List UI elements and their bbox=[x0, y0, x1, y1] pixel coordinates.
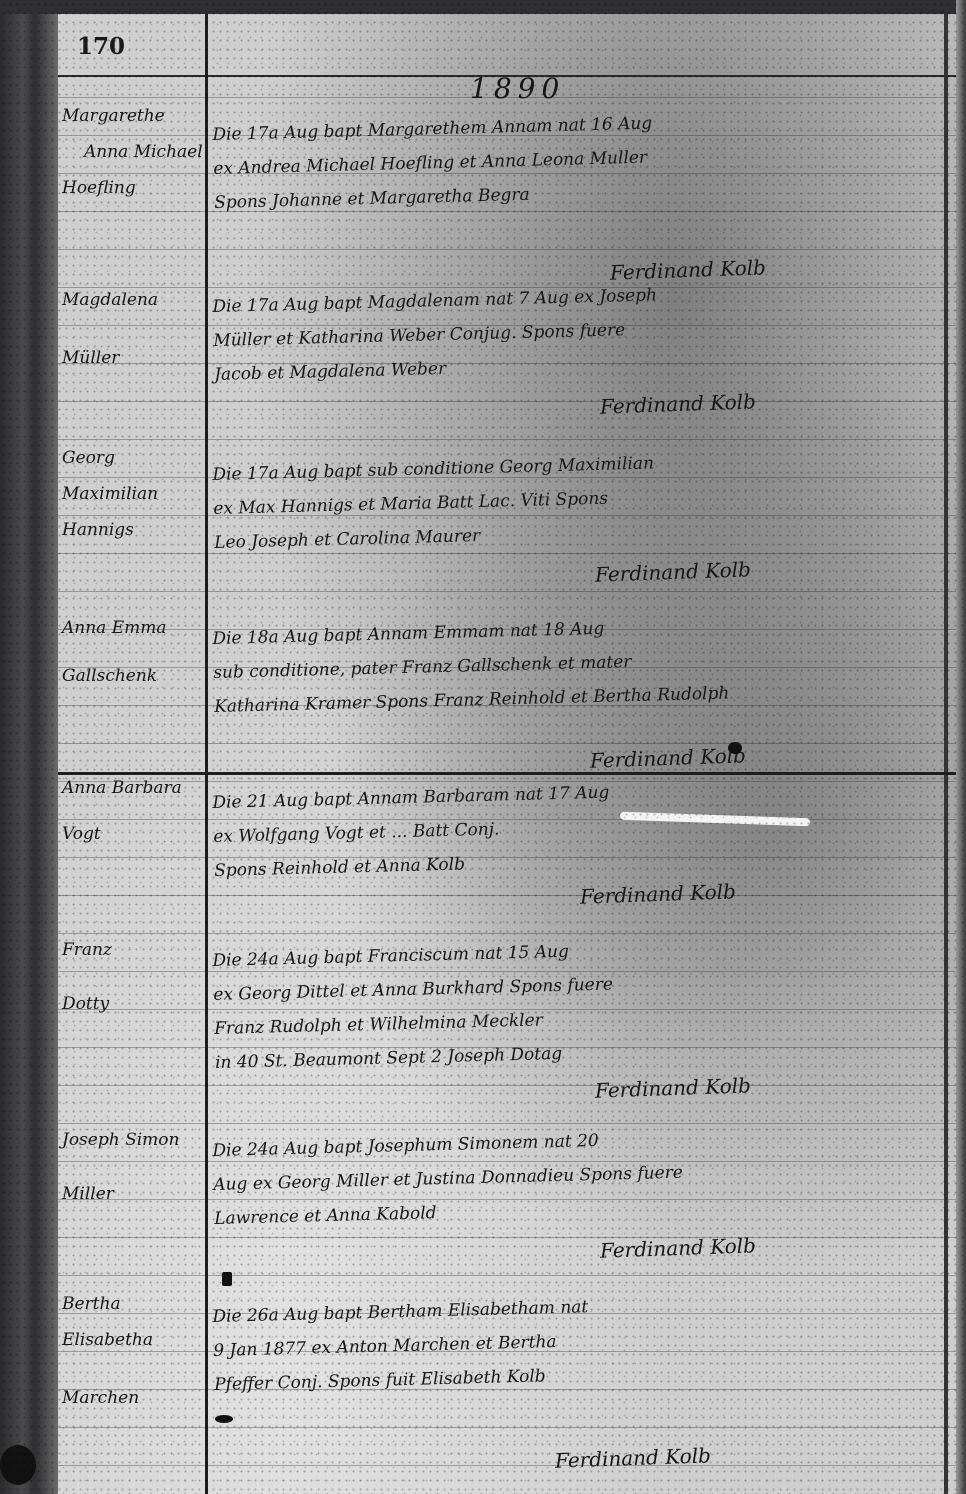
page-number: 170 bbox=[77, 33, 125, 60]
entry-7-name: Joseph Simon Miller bbox=[62, 1122, 204, 1212]
name-line: Joseph Simon bbox=[62, 1122, 204, 1158]
name-line: Georg bbox=[62, 440, 204, 476]
ink-blot bbox=[222, 1272, 232, 1286]
name-line: Maximilian bbox=[62, 476, 204, 512]
name-line: Gallschenk bbox=[62, 658, 204, 694]
entry-2-name: Magdalena Müller bbox=[62, 282, 204, 376]
name-line: Miller bbox=[62, 1176, 204, 1212]
entry-6-record: Die 24a Aug bapt Franciscum nat 15 Aug e… bbox=[212, 926, 915, 1080]
entry-6-name: Franz Dotty bbox=[62, 932, 204, 1022]
name-line: Hannigs bbox=[62, 512, 204, 548]
entry-3-record: Die 17a Aug bapt sub conditione Georg Ma… bbox=[212, 440, 914, 560]
book-binding-edge bbox=[0, 0, 58, 1494]
entry-8-record: Die 26a Aug bapt Bertham Elisabetham nat… bbox=[212, 1282, 914, 1402]
scanned-register-page: 170 1890 Margarethe Anna Michael Hoeflin… bbox=[0, 0, 966, 1494]
page-right-edge bbox=[956, 0, 966, 1494]
name-line: Vogt bbox=[62, 816, 204, 852]
name-line: Franz bbox=[62, 932, 204, 968]
name-line: Anna Barbara bbox=[62, 770, 204, 806]
name-line: Bertha bbox=[62, 1286, 204, 1322]
entry-1-record: Die 17a Aug bapt Margarethem Annam nat 1… bbox=[212, 100, 914, 220]
entry-2-record: Die 17a Aug bapt Magdalenam nat 7 Aug ex… bbox=[212, 272, 914, 392]
ink-blot bbox=[728, 742, 742, 754]
entry-5-record: Die 21 Aug bapt Annam Barbaram nat 17 Au… bbox=[212, 768, 914, 888]
name-line: Dotty bbox=[62, 986, 204, 1022]
name-line: Anna Michael bbox=[62, 134, 204, 170]
entry-8-name: Bertha Elisabetha Marchen bbox=[62, 1286, 204, 1416]
register-year: 1890 bbox=[470, 72, 565, 105]
entry-4-record: Die 18a Aug bapt Annam Emmam nat 18 Aug … bbox=[212, 604, 914, 724]
entry-5-name: Anna Barbara Vogt bbox=[62, 770, 204, 852]
entry-7-record: Die 24a Aug bapt Josephum Simonem nat 20… bbox=[212, 1116, 914, 1236]
name-line: Elisabetha bbox=[62, 1322, 204, 1358]
name-line: Hoefling bbox=[62, 170, 204, 206]
name-column-divider bbox=[205, 14, 208, 1494]
name-line: Anna Emma bbox=[62, 610, 204, 646]
binding-hole bbox=[0, 1445, 36, 1485]
right-margin-rule bbox=[944, 14, 948, 1494]
name-line: Müller bbox=[62, 340, 204, 376]
page-top-edge bbox=[0, 0, 966, 14]
ink-blot bbox=[215, 1415, 233, 1423]
entry-3-name: Georg Maximilian Hannigs bbox=[62, 440, 204, 548]
entry-4-name: Anna Emma Gallschenk bbox=[62, 610, 204, 694]
name-line: Margarethe bbox=[62, 98, 204, 134]
name-line: Marchen bbox=[62, 1380, 204, 1416]
entry-1-name: Margarethe Anna Michael Hoefling bbox=[62, 98, 204, 206]
name-line: Magdalena bbox=[62, 282, 204, 318]
